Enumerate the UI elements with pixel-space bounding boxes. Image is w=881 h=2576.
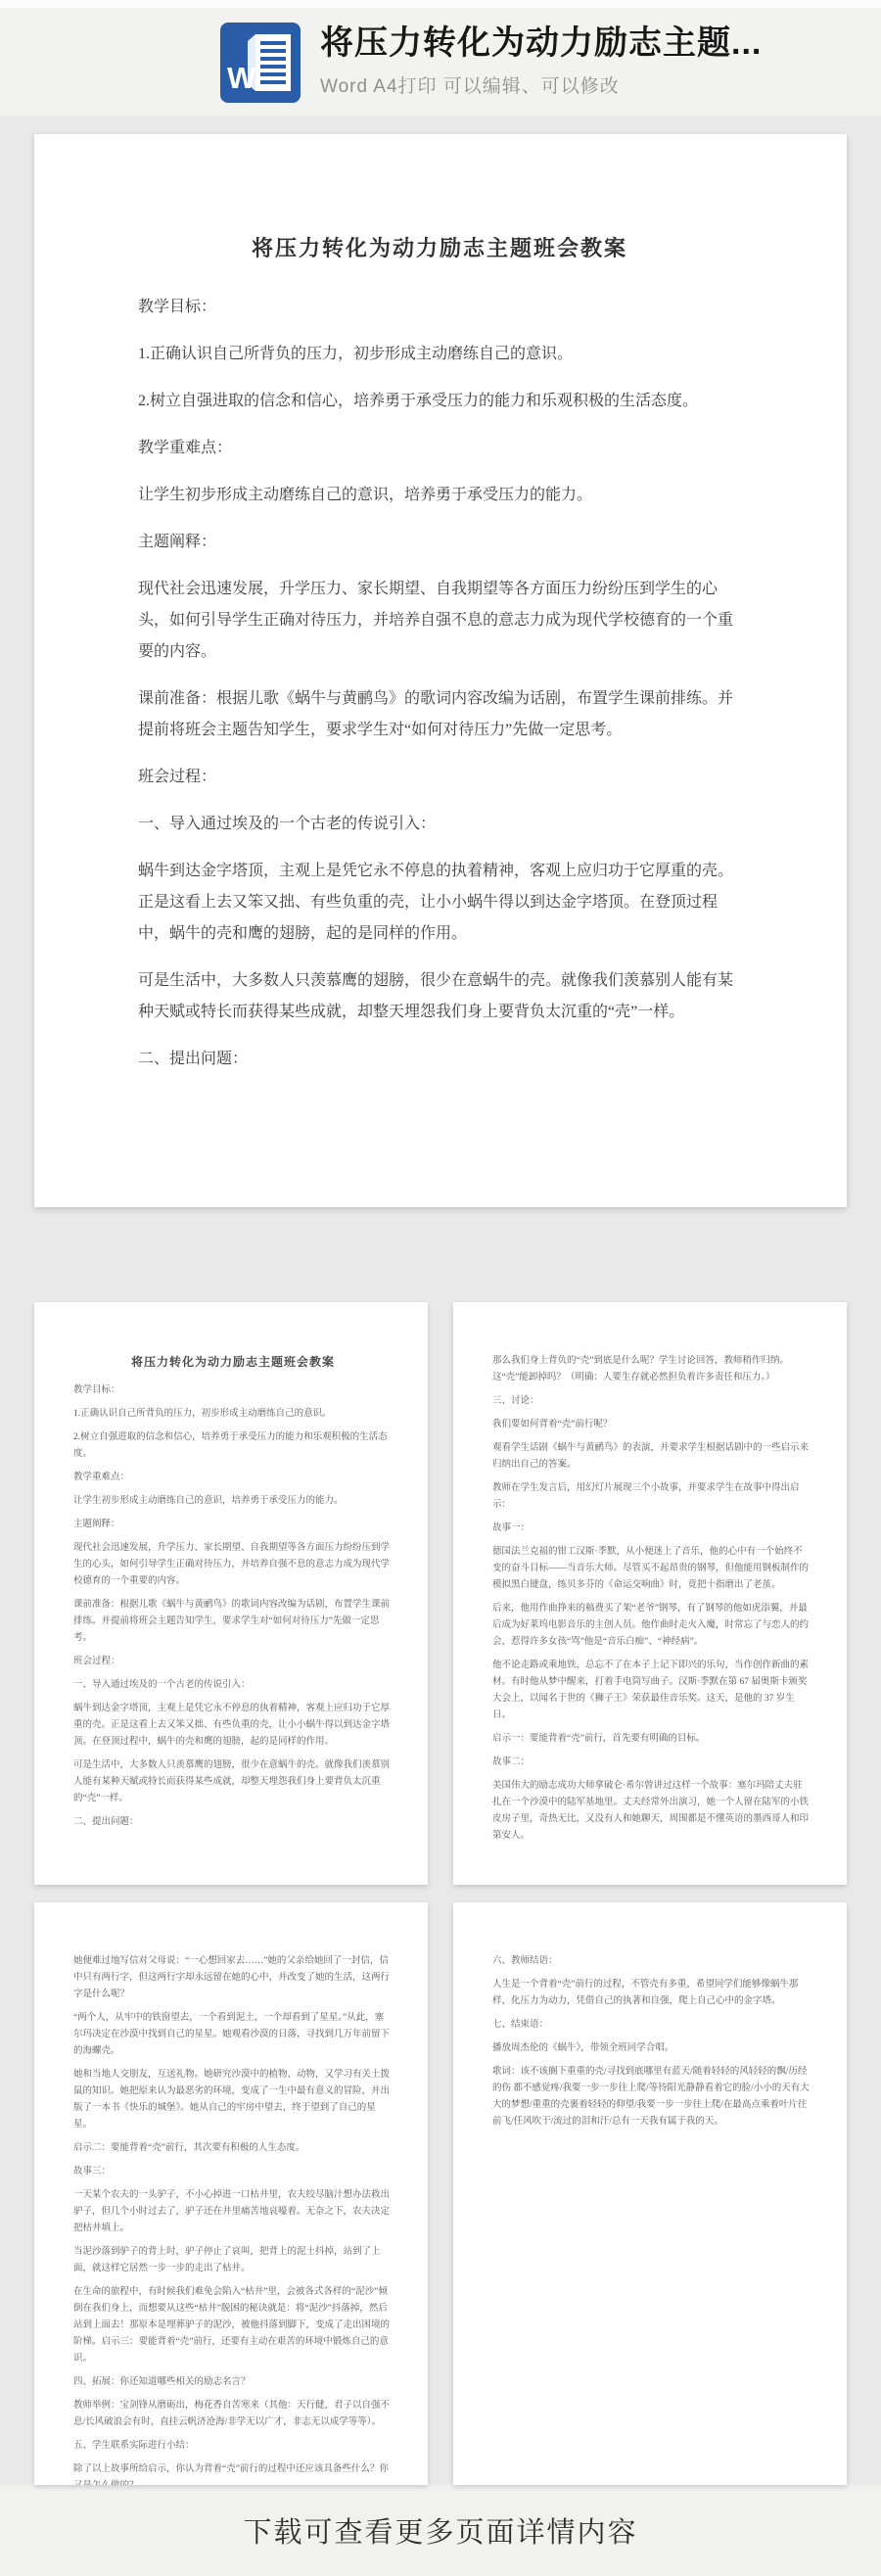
doc-paragraph: 1.正确认识自己所背负的压力，初步形成主动磨练自己的意识。 bbox=[138, 339, 741, 370]
doc-paragraph: 故事三： bbox=[73, 2164, 393, 2180]
header-top-strip bbox=[0, 0, 881, 8]
doc-paragraph: 教学重难点： bbox=[138, 433, 741, 464]
doc-paragraph: 启示一：要能背着“壳”前行，首先要有明确的目标。 bbox=[492, 1731, 811, 1748]
doc-paragraph: 班会过程： bbox=[73, 1654, 393, 1670]
doc-paragraph: 启示二：要能背着“壳”前行，其次要有积极的人生态度。 bbox=[73, 2140, 393, 2157]
document-heading-small: 将压力转化为动力励志主题班会教案 bbox=[73, 1353, 393, 1370]
page4-body-thumb: 六、教师结语：人生是一个背着“壳”前行的过程，不管壳有多重，希望同学们能够像蜗牛… bbox=[492, 1953, 811, 2131]
doc-paragraph: 那么我们身上背负的“壳”到底是什么呢？学生讨论回答，教师稍作归纳。这“壳”能卸掉… bbox=[492, 1353, 811, 1386]
doc-paragraph: “两个人，从牢中的铁窗望去，一个看到泥土，一个却看到了星星。”从此，塞尔玛决定在… bbox=[73, 2010, 393, 2060]
doc-paragraph: 二、提出问题： bbox=[73, 1814, 393, 1831]
thumbnail-page-3[interactable]: 她便难过地写信对父母说：“一心想回家去……”她的父亲给她回了一封信，信中只有两行… bbox=[34, 1902, 428, 2485]
word-file-icon: W bbox=[220, 23, 301, 103]
doc-paragraph: 教学目标： bbox=[73, 1382, 393, 1399]
doc-paragraph: 播放周杰伦的《蜗牛》，带领全班同学合唱。 bbox=[492, 2040, 811, 2057]
doc-paragraph: 教学重难点： bbox=[73, 1470, 393, 1486]
page-thumbnails-grid: 将压力转化为动力励志主题班会教案 教学目标：1.正确认识自己所背负的压力，初步形… bbox=[34, 1302, 847, 2485]
page1-body-large: 教学目标：1.正确认识自己所背负的压力，初步形成主动磨练自己的意识。2.树立自强… bbox=[138, 292, 741, 1075]
doc-paragraph: 教师举例：宝剑锋从磨砺出，梅花香自苦寒来（其他：天行健，君子以自强不息/长风破浪… bbox=[73, 2398, 393, 2431]
page3-body-thumb: 她便难过地写信对父母说：“一心想回家去……”她的父亲给她回了一封信，信中只有两行… bbox=[73, 1953, 393, 2485]
doc-paragraph: 二、提出问题： bbox=[138, 1044, 741, 1075]
download-hint-text: 下载可查看更多页面详情内容 bbox=[243, 2510, 637, 2551]
doc-paragraph: 故事二： bbox=[492, 1755, 811, 1771]
doc-paragraph: 三、讨论： bbox=[492, 1393, 811, 1410]
doc-paragraph: 她便难过地写信对父母说：“一心想回家去……”她的父亲给她回了一封信，信中只有两行… bbox=[73, 1953, 393, 2003]
word-file-icon-svg: W bbox=[220, 23, 301, 103]
doc-paragraph: 让学生初步形成主动磨练自己的意识，培养勇于承受压力的能力。 bbox=[138, 480, 741, 511]
doc-paragraph: 课前准备：根据儿歌《蜗牛与黄鹂鸟》的歌词内容改编为话剧，布置学生课前排练。并提前… bbox=[73, 1597, 393, 1647]
doc-paragraph: 1.正确认识自己所背负的压力，初步形成主动磨练自己的意识。 bbox=[73, 1406, 393, 1423]
word-icon-letter: W bbox=[227, 61, 256, 95]
doc-paragraph: 主题阐释： bbox=[138, 527, 741, 558]
doc-preview-page: W 将压力转化为动力励志主题... Word A4打印 可以编辑、可以修改 将压… bbox=[0, 0, 881, 2576]
doc-paragraph: 一、导入通过埃及的一个古老的传说引入： bbox=[138, 809, 741, 840]
doc-paragraph: 除了以上故事所给启示，你认为背着“壳”前行的过程中还应该具备些什么？你又是怎么做… bbox=[73, 2461, 393, 2485]
doc-paragraph: 故事一： bbox=[492, 1521, 811, 1537]
footer: 下载可查看更多页面详情内容 bbox=[0, 2485, 881, 2576]
doc-paragraph: 人生是一个背着“壳”前行的过程，不管壳有多重，希望同学们能够像蜗牛那样，化压力为… bbox=[492, 1977, 811, 2010]
thumbnail-page-1[interactable]: 将压力转化为动力励志主题班会教案 教学目标：1.正确认识自己所背负的压力，初步形… bbox=[34, 1302, 428, 1885]
doc-paragraph: 德国法兰克福的钳工汉斯·季默，从小便迷上了音乐，他的心中有一个始终不变的奋斗目标… bbox=[492, 1544, 811, 1594]
doc-paragraph: 美国伟大的励志成功大师拿破仑·希尔曾讲过这样一个故事：塞尔玛陪丈夫驻扎在一个沙漠… bbox=[492, 1778, 811, 1845]
page2-body-thumb: 那么我们身上背负的“壳”到底是什么呢？学生讨论回答，教师稍作归纳。这“壳”能卸掉… bbox=[492, 1353, 811, 1845]
doc-paragraph: 主题阐释： bbox=[73, 1517, 393, 1533]
doc-paragraph: 五、学生联系实际进行小结： bbox=[73, 2438, 393, 2455]
document-heading: 将压力转化为动力励志主题班会教案 bbox=[138, 232, 741, 262]
doc-paragraph: 2.树立自强进取的信念和信心，培养勇于承受压力的能力和乐观积极的生活态度。 bbox=[138, 386, 741, 417]
doc-paragraph: 可是生活中，大多数人只羡慕鹰的翅膀，很少在意蜗牛的壳。就像我们羡慕别人能有某种天… bbox=[138, 965, 741, 1028]
doc-subtitle: Word A4打印 可以编辑、可以修改 bbox=[320, 71, 762, 98]
doc-paragraph: 歌词：该不该搁下重重的壳/寻找到底哪里有蓝天/随着轻轻的风轻轻的飘/历经的伤 都… bbox=[492, 2064, 811, 2131]
doc-paragraph: 在生命的旅程中，有时候我们难免会陷入“枯井”里，会被各式各样的“泥沙”倾倒在我们… bbox=[73, 2284, 393, 2367]
doc-title: 将压力转化为动力励志主题... bbox=[320, 23, 762, 63]
doc-paragraph: 一、导入通过埃及的一个古老的传说引入： bbox=[73, 1677, 393, 1694]
doc-paragraph: 后来，他用作曲挣来的稿费买了架“老爷”钢琴，有了钢琴的他如虎添翼，并最后成为好莱… bbox=[492, 1601, 811, 1651]
doc-paragraph: 教学目标： bbox=[138, 292, 741, 323]
doc-paragraph: 现代社会迅速发展，升学压力、家长期望、自我期望等各方面压力纷纷压到学生的心头，如… bbox=[73, 1540, 393, 1590]
thumbnail-page-2[interactable]: 那么我们身上背负的“壳”到底是什么呢？学生讨论回答，教师稍作归纳。这“壳”能卸掉… bbox=[453, 1302, 847, 1885]
doc-paragraph: 当泥沙落到驴子的背上时，驴子停止了哀叫，把背上的泥土抖掉，站到了上面，就这样它居… bbox=[73, 2244, 393, 2277]
doc-paragraph: 观看学生话剧《蜗牛与黄鹂鸟》的表演，并要求学生根据话剧中的一些启示来归纳出自己的… bbox=[492, 1440, 811, 1474]
doc-paragraph: 他不论走路或乘地铁，总忘不了在本子上记下即兴的乐句，当作创作新曲的素材。有时他从… bbox=[492, 1658, 811, 1724]
preview-canvas: 将压力转化为动力励志主题班会教案 教学目标：1.正确认识自己所背负的压力，初步形… bbox=[0, 116, 881, 2485]
doc-paragraph: 班会过程： bbox=[138, 762, 741, 793]
doc-paragraph: 现代社会迅速发展，升学压力、家长期望、自我期望等各方面压力纷纷压到学生的心头，如… bbox=[138, 574, 741, 668]
doc-paragraph: 一天某个农夫的一头驴子，不小心掉进一口枯井里，农夫绞尽脑汁想办法救出驴子，但几个… bbox=[73, 2187, 393, 2237]
thumbnail-page-4[interactable]: 六、教师结语：人生是一个背着“壳”前行的过程，不管壳有多重，希望同学们能够像蜗牛… bbox=[453, 1902, 847, 2485]
doc-paragraph: 课前准备：根据儿歌《蜗牛与黄鹂鸟》的歌词内容改编为话剧，布置学生课前排练。并提前… bbox=[138, 683, 741, 746]
page1-body-thumb: 教学目标：1.正确认识自己所背负的压力，初步形成主动磨练自己的意识。2.树立自强… bbox=[73, 1382, 393, 1831]
doc-paragraph: 可是生活中，大多数人只羡慕鹰的翅膀，很少在意蜗牛的壳。就像我们羡慕别人能有某种天… bbox=[73, 1757, 393, 1807]
doc-paragraph: 2.树立自强进取的信念和信心，培养勇于承受压力的能力和乐观积极的生活态度。 bbox=[73, 1429, 393, 1463]
page-preview-large: 将压力转化为动力励志主题班会教案 教学目标：1.正确认识自己所背负的压力，初步形… bbox=[34, 134, 847, 1207]
doc-paragraph: 四、拓展：你还知道哪些相关的励志名言？ bbox=[73, 2374, 393, 2391]
doc-paragraph: 她和当地人交朋友，互送礼物。她研究沙漠中的植物、动物，又学习有关土拨鼠的知识。她… bbox=[73, 2067, 393, 2133]
doc-paragraph: 让学生初步形成主动磨练自己的意识，培养勇于承受压力的能力。 bbox=[73, 1493, 393, 1510]
header-row: W 将压力转化为动力励志主题... Word A4打印 可以编辑、可以修改 bbox=[0, 8, 881, 103]
doc-paragraph: 蜗牛到达金字塔顶，主观上是凭它永不停息的执着精神，客观上应归功于它厚重的壳。正是… bbox=[73, 1701, 393, 1751]
doc-paragraph: 我们要如何背着“壳”前行呢？ bbox=[492, 1417, 811, 1433]
doc-header: W 将压力转化为动力励志主题... Word A4打印 可以编辑、可以修改 bbox=[0, 0, 881, 116]
doc-paragraph: 蜗牛到达金字塔顶，主观上是凭它永不停息的执着精神，客观上应归功于它厚重的壳。正是… bbox=[138, 856, 741, 950]
doc-paragraph: 六、教师结语： bbox=[492, 1953, 811, 1970]
header-text: 将压力转化为动力励志主题... Word A4打印 可以编辑、可以修改 bbox=[320, 23, 762, 103]
doc-paragraph: 七、结束语： bbox=[492, 2017, 811, 2034]
doc-paragraph: 教师在学生发言后，用幻灯片展现三个小故事，并要求学生在故事中得出启示： bbox=[492, 1480, 811, 1514]
